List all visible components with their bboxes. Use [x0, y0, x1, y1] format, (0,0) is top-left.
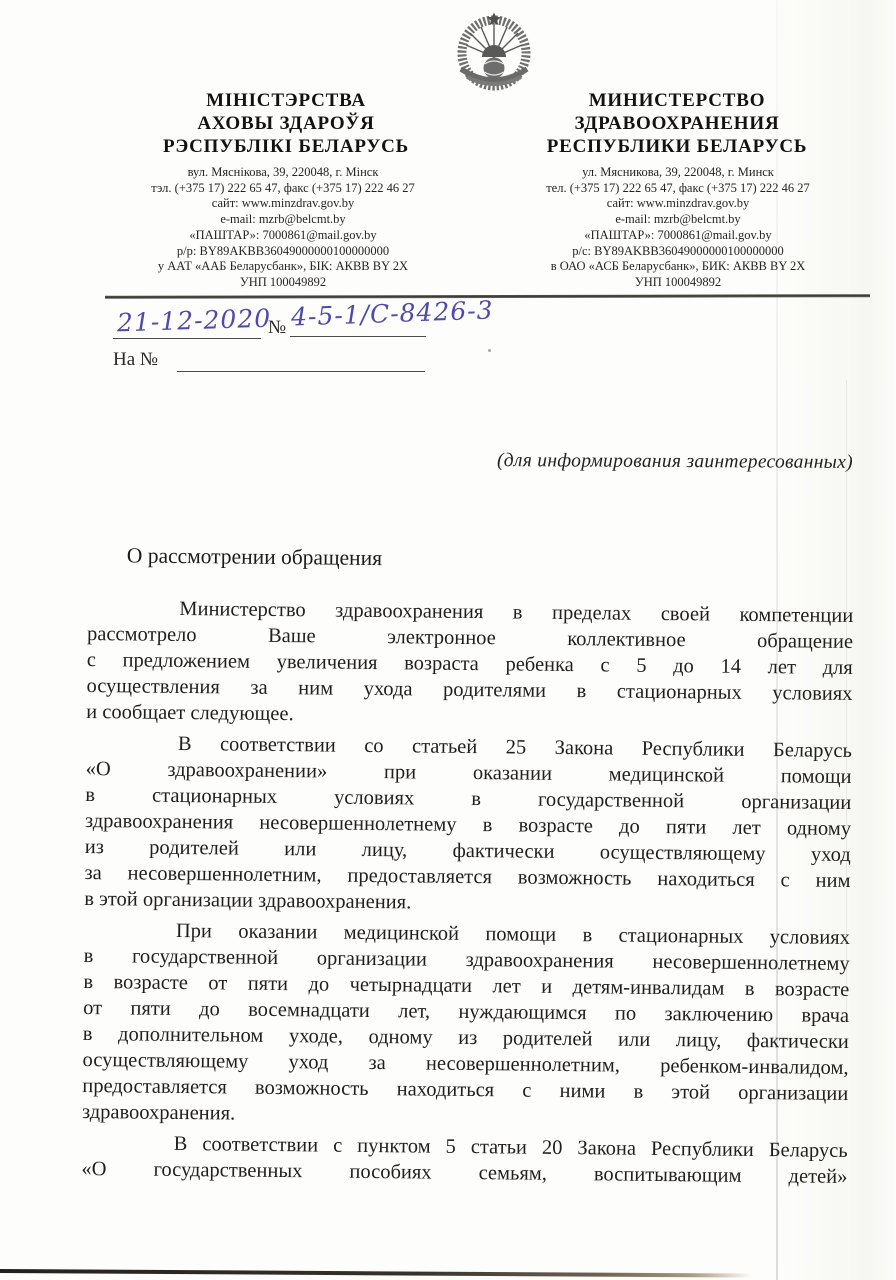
handwritten-number: 4-5-1/С-8426-3: [291, 295, 494, 331]
org-address-russian: ул. Мясникова, 39, 220048, г. Минсктел. …: [492, 165, 864, 291]
letter-main: О рассмотрении обращения Министерство зд…: [81, 543, 854, 1190]
org-title-line: РЭСПУБЛІКІ БЕЛАРУСЬ: [110, 135, 462, 158]
org-address-line: в ОАО «АСБ Беларусбанк», БИК: АКВВ BY 2X: [492, 259, 864, 275]
body-text: Министерство здравоохранения в пределах …: [81, 595, 853, 1190]
org-address-line: у ААТ «ААБ Беларусбанк», БІК: АКВВ BY 2X: [100, 259, 466, 275]
org-address-line: «ПАШТАР»: 7000861@mail.gov.by: [492, 228, 864, 244]
org-address-line: e-mail: mzrb@belcmt.by: [100, 212, 466, 228]
org-title-line: МІНІСТЭРСТВА: [110, 89, 462, 112]
org-title-line: АХОВЫ ЗДАРОЎЯ: [110, 112, 462, 135]
letter-subject: О рассмотрении обращения: [88, 543, 854, 576]
org-address-line: УНП 100049892: [100, 275, 466, 291]
coat-of-arms-icon: [443, 11, 545, 96]
org-address-line: тэл. (+375 17) 222 65 47, факс (+375 17)…: [100, 181, 466, 197]
handwritten-date: 21-12-2020: [117, 304, 272, 338]
org-address-line: «ПАШТАР»: 7000861@mail.gov.by: [100, 228, 466, 244]
org-title-line: МИНИСТЕРСТВО: [498, 89, 856, 112]
paragraph: Министерство здравоохранения в пределах …: [86, 595, 853, 733]
org-title-russian: МИНИСТЕРСТВОЗДРАВООХРАНЕНИЯРЕСПУБЛИКИ БЕ…: [498, 89, 856, 158]
scan-crease-vertical-2: [846, 380, 847, 1020]
org-title-belarusian: МІНІСТЭРСТВААХОВЫ ЗДАРОЎЯРЭСПУБЛІКІ БЕЛА…: [110, 89, 462, 158]
na-number-label: На №: [113, 349, 158, 371]
scanned-letter-page: МІНІСТЭРСТВААХОВЫ ЗДАРОЎЯРЭСПУБЛІКІ БЕЛА…: [0, 0, 896, 1280]
org-address-line: e-mail: mzrb@belcmt.by: [492, 212, 864, 228]
scan-crease-vertical: [776, 0, 778, 1280]
org-address-line: р/с: BY89AKBB36049000000100000000: [492, 244, 864, 260]
org-address-line: ул. Мясникова, 39, 220048, г. Минск: [492, 165, 864, 181]
ink-dot-artifact: [488, 349, 491, 352]
number-sign: №: [268, 317, 286, 339]
org-address-line: УНП 100049892: [492, 275, 864, 291]
org-address-line: тел. (+375 17) 222 65 47, факс (+375 17)…: [492, 181, 864, 197]
scan-edge-line: [0, 1269, 752, 1278]
paragraph: В соответствии с пунктом 5 статьи 20 Зак…: [81, 1130, 848, 1190]
org-title-line: ЗДРАВООХРАНЕНИЯ: [498, 112, 856, 135]
addressee-note: (для информирования заинтересованных): [497, 450, 853, 474]
paragraph: При оказании медицинской помощи в стацио…: [82, 917, 850, 1133]
na-number-underline: [177, 350, 425, 372]
org-address-line: р/р: BY89AKBB36049000000100000000: [100, 244, 466, 260]
org-title-line: РЕСПУБЛИКИ БЕЛАРУСЬ: [498, 135, 856, 158]
org-address-belarusian: вул. Мяснікова, 39, 220048, г. Мінсктэл.…: [100, 165, 466, 291]
paragraph: В соответствии со статьей 25 Закона Респ…: [84, 730, 852, 920]
org-address-line: сайт: www.minzdrav.gov.by: [492, 196, 864, 212]
org-address-line: вул. Мяснікова, 39, 220048, г. Мінск: [100, 165, 466, 181]
org-address-line: сайт: www.minzdrav.gov.by: [100, 196, 466, 212]
